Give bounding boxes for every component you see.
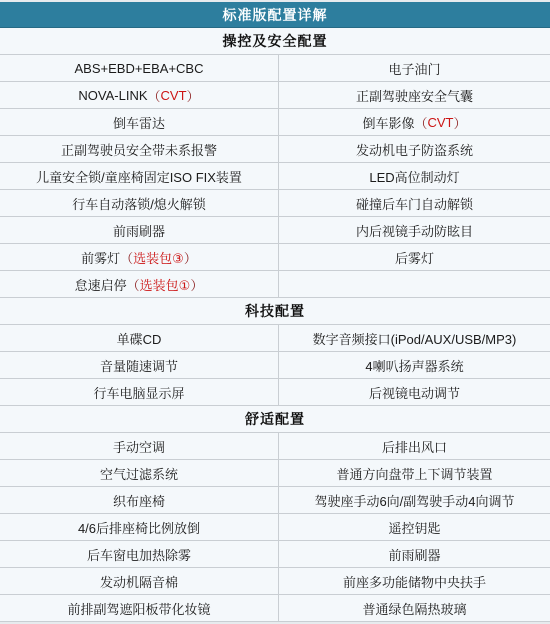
config-cell-left: 空气过滤系统 bbox=[0, 460, 279, 486]
config-text-highlight: 选装包③ bbox=[133, 248, 184, 267]
config-text: 音量随速调节 bbox=[100, 356, 178, 375]
config-text-highlight: ） bbox=[454, 113, 467, 132]
config-text: 后视镜电动调节 bbox=[369, 383, 460, 402]
section-header-label: 操控及安全配置 bbox=[223, 31, 328, 51]
config-cell-left: 行车自动落锁/熄火解锁 bbox=[0, 190, 279, 216]
config-cell-left: 怠速启停（选装包①） bbox=[0, 271, 279, 297]
config-row: ABS+EBD+EBA+CBC电子油门 bbox=[0, 55, 550, 82]
config-text: 倒车雷达 bbox=[113, 113, 165, 132]
config-text: 驾驶座手动6向/副驾驶手动4向调节 bbox=[314, 491, 514, 510]
config-row: NOVA-LINK（CVT）正副驾驶座安全气囊 bbox=[0, 82, 550, 109]
config-text: 电子油门 bbox=[388, 59, 440, 78]
config-text: 后雾灯 bbox=[395, 248, 434, 267]
config-text: ABS+EBD+EBA+CBC bbox=[75, 61, 204, 76]
config-text: 遥控钥匙 bbox=[388, 518, 440, 537]
config-text: 前雨刷器 bbox=[113, 221, 165, 240]
config-row: 前排副驾遮阳板带化妆镜普通绿色隔热玻璃 bbox=[0, 595, 550, 622]
config-cell-right: 后雾灯 bbox=[279, 244, 550, 270]
config-text: 行车自动落锁/熄火解锁 bbox=[72, 194, 206, 213]
config-cell-left: 前雾灯（选装包③） bbox=[0, 244, 279, 270]
config-cell-right: 后排出风口 bbox=[279, 433, 550, 459]
config-cell-right bbox=[279, 271, 550, 297]
config-cell-right: 遥控钥匙 bbox=[279, 514, 550, 540]
config-cell-left: 发动机隔音棉 bbox=[0, 568, 279, 594]
config-cell-left: 前排副驾遮阳板带化妆镜 bbox=[0, 595, 279, 621]
config-row: 发动机隔音棉前座多功能储物中央扶手 bbox=[0, 568, 550, 595]
config-cell-left: 4/6后排座椅比例放倒 bbox=[0, 514, 279, 540]
config-cell-right: 倒车影像（CVT） bbox=[279, 109, 550, 135]
config-cell-right: 4喇叭扬声器系统 bbox=[279, 352, 550, 378]
config-text: 普通方向盘带上下调节装置 bbox=[336, 464, 492, 483]
table-title-bar: 标准版配置详解 bbox=[0, 2, 550, 28]
config-cell-left: 织布座椅 bbox=[0, 487, 279, 513]
section-header-label: 舒适配置 bbox=[245, 409, 305, 429]
config-cell-left: 行车电脑显示屏 bbox=[0, 379, 279, 405]
config-text: 行车电脑显示屏 bbox=[93, 383, 184, 402]
config-text: 后车窗电加热除雾 bbox=[87, 545, 191, 564]
config-text: 前座多功能储物中央扶手 bbox=[343, 572, 486, 591]
config-row: 倒车雷达倒车影像（CVT） bbox=[0, 109, 550, 136]
config-cell-right: 内后视镜手动防眩目 bbox=[279, 217, 550, 243]
config-cell-left: NOVA-LINK（CVT） bbox=[0, 82, 279, 108]
config-text: 数字音频接口(iPod/AUX/USB/MP3) bbox=[313, 329, 517, 348]
config-row: 怠速启停（选装包①） bbox=[0, 271, 550, 298]
config-text: 发动机电子防盗系统 bbox=[356, 140, 473, 159]
config-row: 单碟CD数字音频接口(iPod/AUX/USB/MP3) bbox=[0, 325, 550, 352]
config-text-highlight: CVT bbox=[428, 115, 454, 130]
config-text: 前排副驾遮阳板带化妆镜 bbox=[67, 599, 210, 618]
config-cell-right: 普通方向盘带上下调节装置 bbox=[279, 460, 550, 486]
config-cell-right: 发动机电子防盗系统 bbox=[279, 136, 550, 162]
config-cell-right: 电子油门 bbox=[279, 55, 550, 81]
config-text: 前雾灯 bbox=[81, 248, 120, 267]
config-row: 前雾灯（选装包③）后雾灯 bbox=[0, 244, 550, 271]
config-cell-left: 儿童安全锁/童座椅固定ISO FIX装置 bbox=[0, 163, 279, 189]
config-row: 行车自动落锁/熄火解锁碰撞后车门自动解锁 bbox=[0, 190, 550, 217]
section-header: 操控及安全配置 bbox=[0, 28, 550, 55]
config-cell-left: 前雨刷器 bbox=[0, 217, 279, 243]
config-text: 怠速启停 bbox=[75, 275, 127, 294]
config-row: 儿童安全锁/童座椅固定ISO FIX装置LED高位制动灯 bbox=[0, 163, 550, 190]
config-text: 内后视镜手动防眩目 bbox=[356, 221, 473, 240]
config-row: 后车窗电加热除雾前雨刷器 bbox=[0, 541, 550, 568]
config-text: NOVA-LINK bbox=[78, 88, 147, 103]
config-text: 发动机隔音棉 bbox=[100, 572, 178, 591]
config-text: 倒车影像 bbox=[362, 113, 414, 132]
config-cell-right: 碰撞后车门自动解锁 bbox=[279, 190, 550, 216]
config-text: 后排出风口 bbox=[382, 437, 447, 456]
config-text-highlight: ） bbox=[187, 86, 200, 105]
config-cell-left: 正副驾驶员安全带未系报警 bbox=[0, 136, 279, 162]
config-text: 4/6后排座椅比例放倒 bbox=[78, 518, 200, 537]
section-header-label: 科技配置 bbox=[245, 301, 305, 321]
config-cell-left: 后车窗电加热除雾 bbox=[0, 541, 279, 567]
section-header: 科技配置 bbox=[0, 298, 550, 325]
config-text-highlight: （ bbox=[148, 86, 161, 105]
config-cell-left: ABS+EBD+EBA+CBC bbox=[0, 55, 279, 81]
config-row: 织布座椅驾驶座手动6向/副驾驶手动4向调节 bbox=[0, 487, 550, 514]
config-text-highlight: CVT bbox=[161, 88, 187, 103]
config-cell-right: LED高位制动灯 bbox=[279, 163, 550, 189]
config-row: 正副驾驶员安全带未系报警发动机电子防盗系统 bbox=[0, 136, 550, 163]
config-text-highlight: （ bbox=[120, 248, 133, 267]
table-title: 标准版配置详解 bbox=[223, 5, 328, 25]
section-header: 舒适配置 bbox=[0, 406, 550, 433]
config-cell-right: 普通绿色隔热玻璃 bbox=[279, 595, 550, 621]
config-text: 正副驾驶员安全带未系报警 bbox=[61, 140, 217, 159]
config-text-highlight: （ bbox=[127, 275, 140, 294]
config-cell-left: 音量随速调节 bbox=[0, 352, 279, 378]
config-row: 音量随速调节4喇叭扬声器系统 bbox=[0, 352, 550, 379]
config-cell-right: 前雨刷器 bbox=[279, 541, 550, 567]
config-text: 普通绿色隔热玻璃 bbox=[362, 599, 466, 618]
config-cell-right: 数字音频接口(iPod/AUX/USB/MP3) bbox=[279, 325, 550, 351]
config-cell-left: 手动空调 bbox=[0, 433, 279, 459]
config-text-highlight: ） bbox=[190, 275, 203, 294]
config-row: 手动空调后排出风口 bbox=[0, 433, 550, 460]
config-text: 碰撞后车门自动解锁 bbox=[356, 194, 473, 213]
config-cell-left: 倒车雷达 bbox=[0, 109, 279, 135]
config-text: 正副驾驶座安全气囊 bbox=[356, 86, 473, 105]
config-text-highlight: （ bbox=[414, 113, 427, 132]
config-cell-right: 驾驶座手动6向/副驾驶手动4向调节 bbox=[279, 487, 550, 513]
config-text-highlight: ） bbox=[184, 248, 197, 267]
config-text: 前雨刷器 bbox=[388, 545, 440, 564]
config-spec-table: 标准版配置详解 操控及安全配置ABS+EBD+EBA+CBC电子油门NOVA-L… bbox=[0, 0, 550, 624]
sections-container: 操控及安全配置ABS+EBD+EBA+CBC电子油门NOVA-LINK（CVT）… bbox=[0, 28, 550, 622]
config-row: 空气过滤系统普通方向盘带上下调节装置 bbox=[0, 460, 550, 487]
config-text: 织布座椅 bbox=[113, 491, 165, 510]
config-text-highlight: 选装包① bbox=[140, 275, 191, 294]
config-text: 单碟CD bbox=[117, 329, 162, 348]
config-text: 儿童安全锁/童座椅固定ISO FIX装置 bbox=[36, 167, 242, 186]
config-text: 手动空调 bbox=[113, 437, 165, 456]
config-text: 4喇叭扬声器系统 bbox=[365, 356, 463, 375]
config-cell-left: 单碟CD bbox=[0, 325, 279, 351]
config-row: 前雨刷器内后视镜手动防眩目 bbox=[0, 217, 550, 244]
config-row: 行车电脑显示屏后视镜电动调节 bbox=[0, 379, 550, 406]
config-row: 4/6后排座椅比例放倒遥控钥匙 bbox=[0, 514, 550, 541]
config-cell-right: 正副驾驶座安全气囊 bbox=[279, 82, 550, 108]
config-text: LED高位制动灯 bbox=[369, 167, 459, 186]
config-cell-right: 前座多功能储物中央扶手 bbox=[279, 568, 550, 594]
config-cell-right: 后视镜电动调节 bbox=[279, 379, 550, 405]
config-text: 空气过滤系统 bbox=[100, 464, 178, 483]
